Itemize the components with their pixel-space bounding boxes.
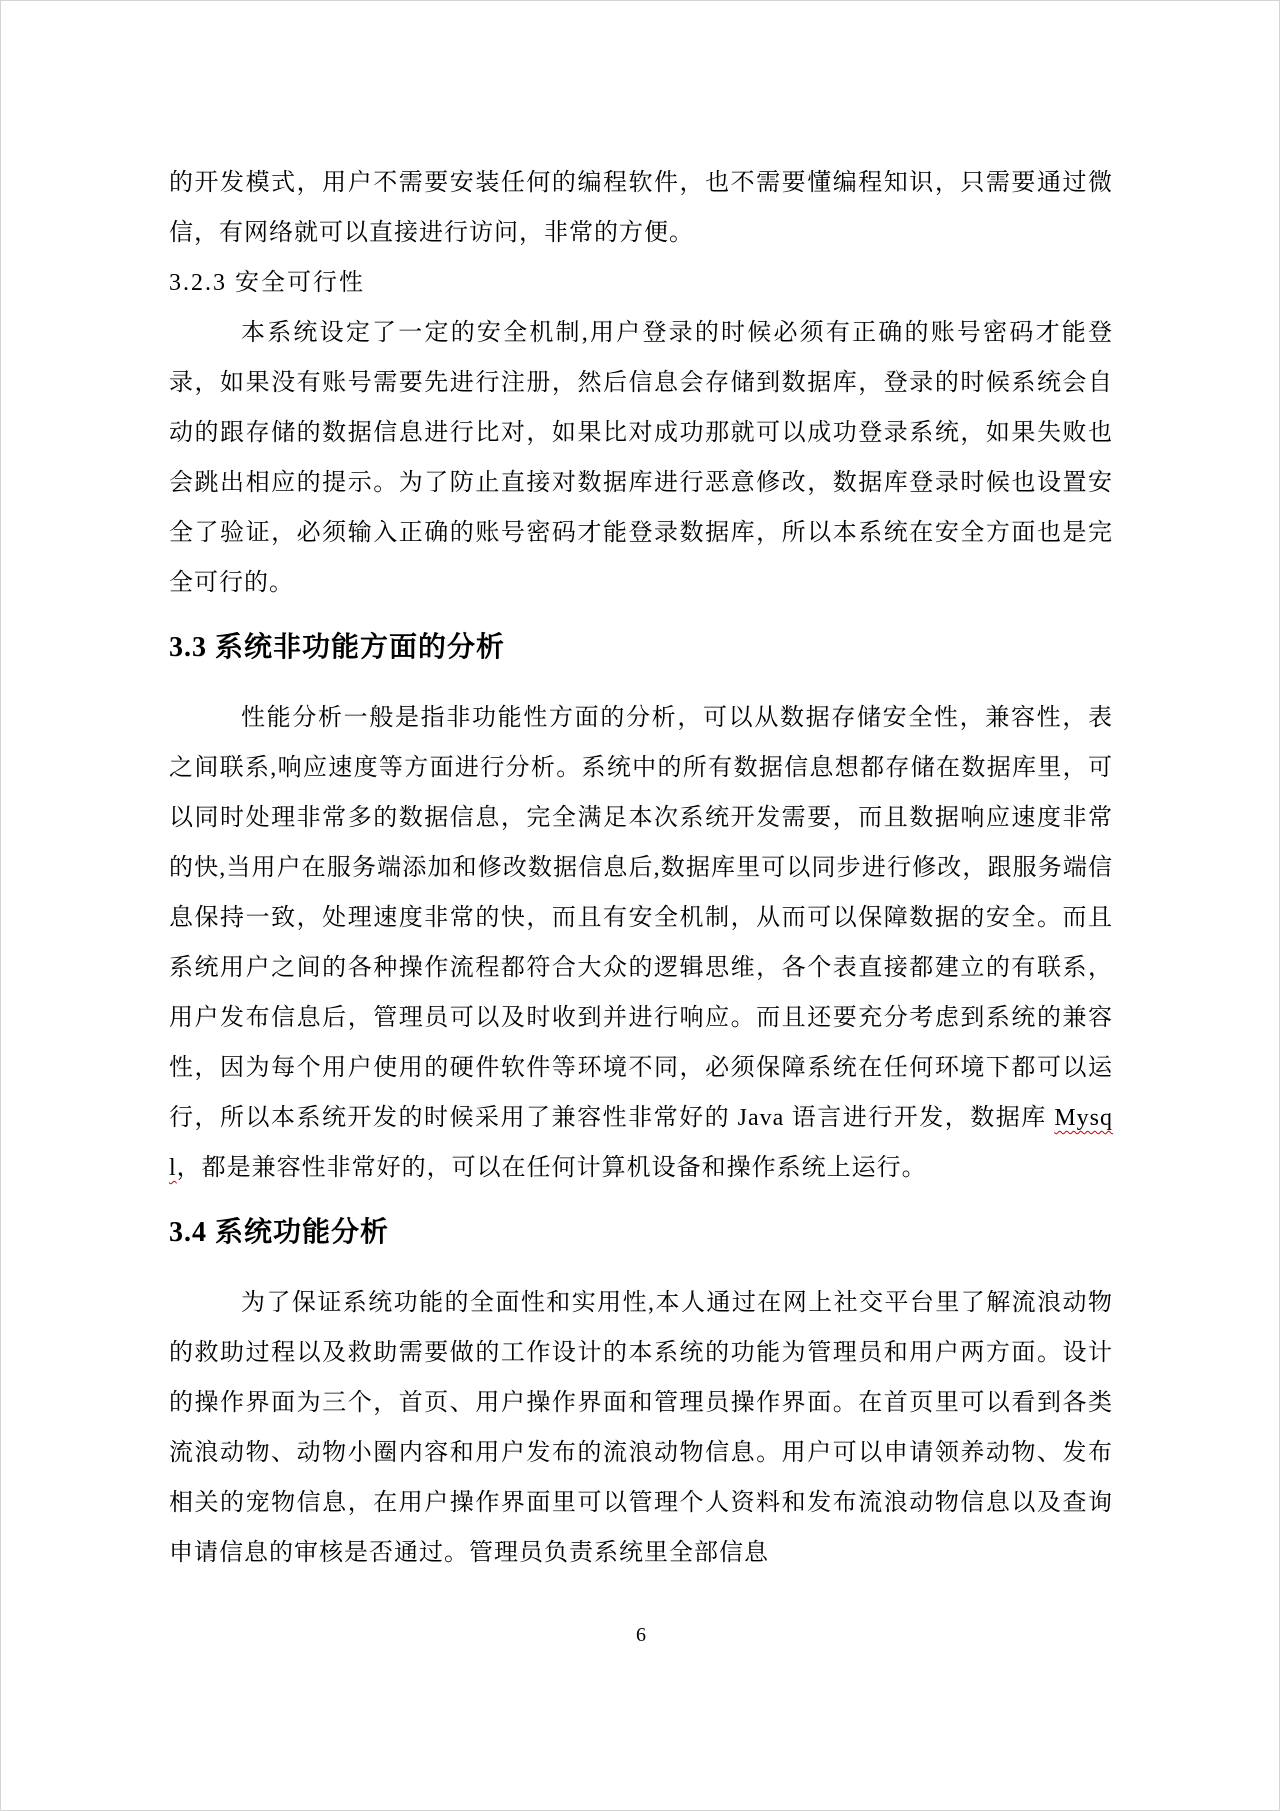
nonfunctional-text-part1: 性能分析一般是指非功能性方面的分析，可以从数据存储安全性，兼容性，表之间联系,响… <box>169 705 1113 1131</box>
paragraph-nonfunctional-analysis: 性能分析一般是指非功能性方面的分析，可以从数据存储安全性，兼容性，表之间联系,响… <box>169 693 1113 1193</box>
paragraph-intro-continuation: 的开发模式，用户不需要安装任何的编程软件，也不需要懂编程知识，只需要通过微信，有… <box>169 158 1113 258</box>
heading-3-4-functional-analysis: 3.4 系统功能分析 <box>169 1208 1113 1258</box>
paragraph-security-feasibility: 本系统设定了一定的安全机制,用户登录的时候必须有正确的账号密码才能登录，如果没有… <box>169 308 1113 608</box>
document-page: 的开发模式，用户不需要安装任何的编程软件，也不需要懂编程知识，只需要通过微信，有… <box>0 0 1280 1811</box>
page-number: 6 <box>169 1622 1113 1648</box>
page-content: 的开发模式，用户不需要安装任何的编程软件，也不需要懂编程知识，只需要通过微信，有… <box>169 1 1113 1648</box>
heading-3-3-nonfunctional-analysis: 3.3 系统非功能方面的分析 <box>169 623 1113 673</box>
paragraph-functional-analysis: 为了保证系统功能的全面性和实用性,本人通过在网上社交平台里了解流浪动物的救助过程… <box>169 1278 1113 1578</box>
nonfunctional-text-part2: ，都是兼容性非常好的，可以在任何计算机设备和操作系统上运行。 <box>177 1155 927 1181</box>
heading-3-2-3-security-feasibility: 3.2.3 安全可行性 <box>169 258 1113 308</box>
